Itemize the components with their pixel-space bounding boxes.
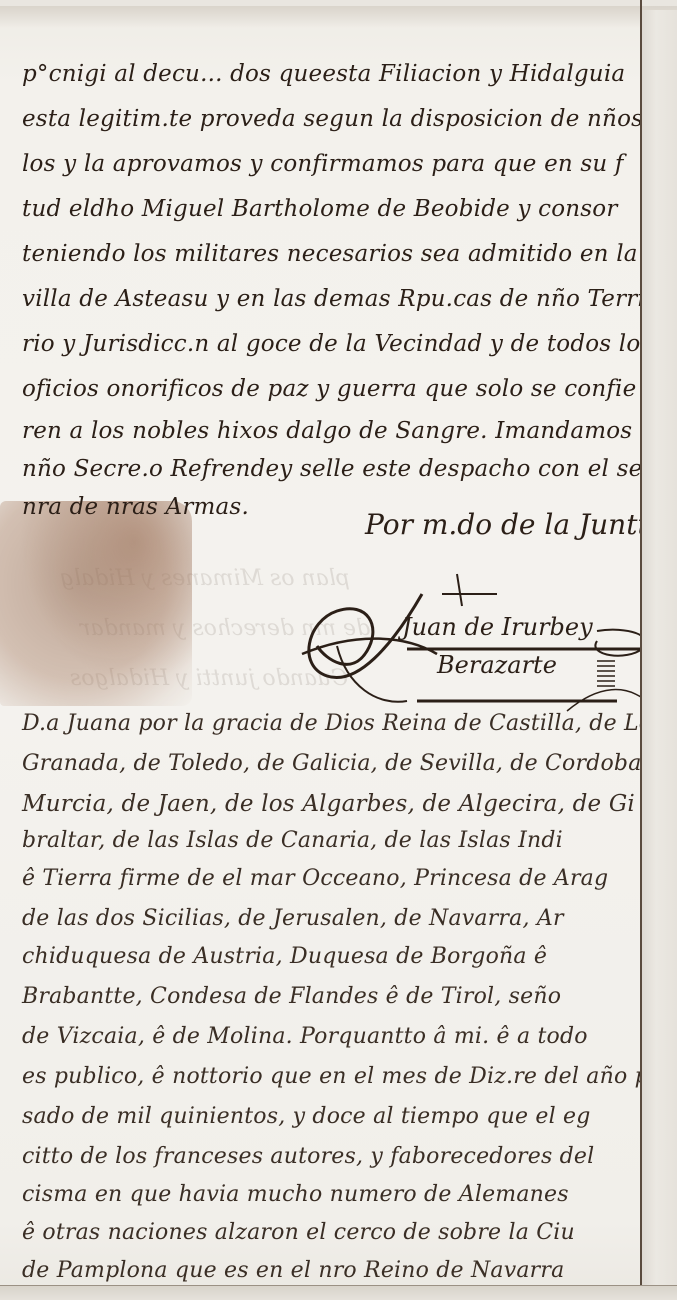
page-top-edge <box>0 6 677 28</box>
text-line: de Vizcaia, ê de Molina. Porquantto â mi… <box>22 1024 588 1049</box>
text-line: citto de los franceses autores, y fabore… <box>22 1144 594 1169</box>
text-line: es publico, ê nottorio que en el mes de … <box>22 1064 649 1089</box>
text-line: villa de Asteasu y en las demas Rpu.cas … <box>22 286 645 312</box>
signature-block: Juan de Irurbey Berazarte <box>297 566 657 716</box>
text-line: ren a los nobles hixos dalgo de Sangre. … <box>22 418 654 444</box>
signature-flourish-icon <box>297 566 657 716</box>
text-line: ê otras naciones alzaron el cerco de sob… <box>22 1220 575 1245</box>
text-line: esta legitim.te proveda segun la disposi… <box>22 106 643 132</box>
text-line: Brabantte, Condesa de Flandes ê de Tirol… <box>22 984 561 1009</box>
water-stain <box>0 501 192 706</box>
text-line: Granada, de Toledo, de Galicia, de Sevil… <box>22 751 677 776</box>
text-line: de las dos Sicilias, de Jerusalen, de Na… <box>22 906 564 931</box>
text-line: sado de mil quinientos, y doce al tiempo… <box>22 1104 591 1129</box>
text-line: rio y Jurisdicc.n al goce de la Vecindad… <box>22 331 652 357</box>
text-line: nño Secre.o Refrendey selle este despach… <box>22 456 672 482</box>
adjacent-page-edge <box>642 10 677 1300</box>
text-line: los y la aprovamos y confirmamos para qu… <box>22 151 624 177</box>
text-line: p°cnigi al decu... dos queesta Filiacion… <box>22 61 625 87</box>
text-line: braltar, de las Islas de Canaria, de las… <box>22 828 563 853</box>
text-line: de Pamplona que es en el nro Reino de Na… <box>22 1258 564 1283</box>
text-line: cisma en que havia mucho numero de Alema… <box>22 1182 569 1207</box>
signature-name-1: Juan de Irurbey <box>402 613 593 641</box>
text-line: chiduquesa de Austria, Duquesa de Borgoñ… <box>22 944 547 969</box>
text-line: teniendo los militares necesarios sea ad… <box>22 241 677 267</box>
text-line: tud eldho Miguel Bartholome de Beobide y… <box>22 196 618 222</box>
closing-formula: Por m.do de la Juntta <box>365 508 665 541</box>
text-line: ê Tierra firme de el mar Occeano, Prince… <box>22 866 608 891</box>
text-line: D.a Juana por la gracia de Dios Reina de… <box>22 711 677 736</box>
manuscript-page: plan os Mimanes y Hidalg de mn derechos … <box>0 6 640 1300</box>
text-line: oficios onorificos de paz y guerra que s… <box>22 376 636 402</box>
text-line: nra de nras Armas. <box>22 494 249 520</box>
signature-name-2: Berazarte <box>437 651 557 679</box>
text-line: Murcia, de Jaen, de los Algarbes, de Alg… <box>22 791 635 817</box>
page-bottom-edge <box>0 1285 677 1300</box>
